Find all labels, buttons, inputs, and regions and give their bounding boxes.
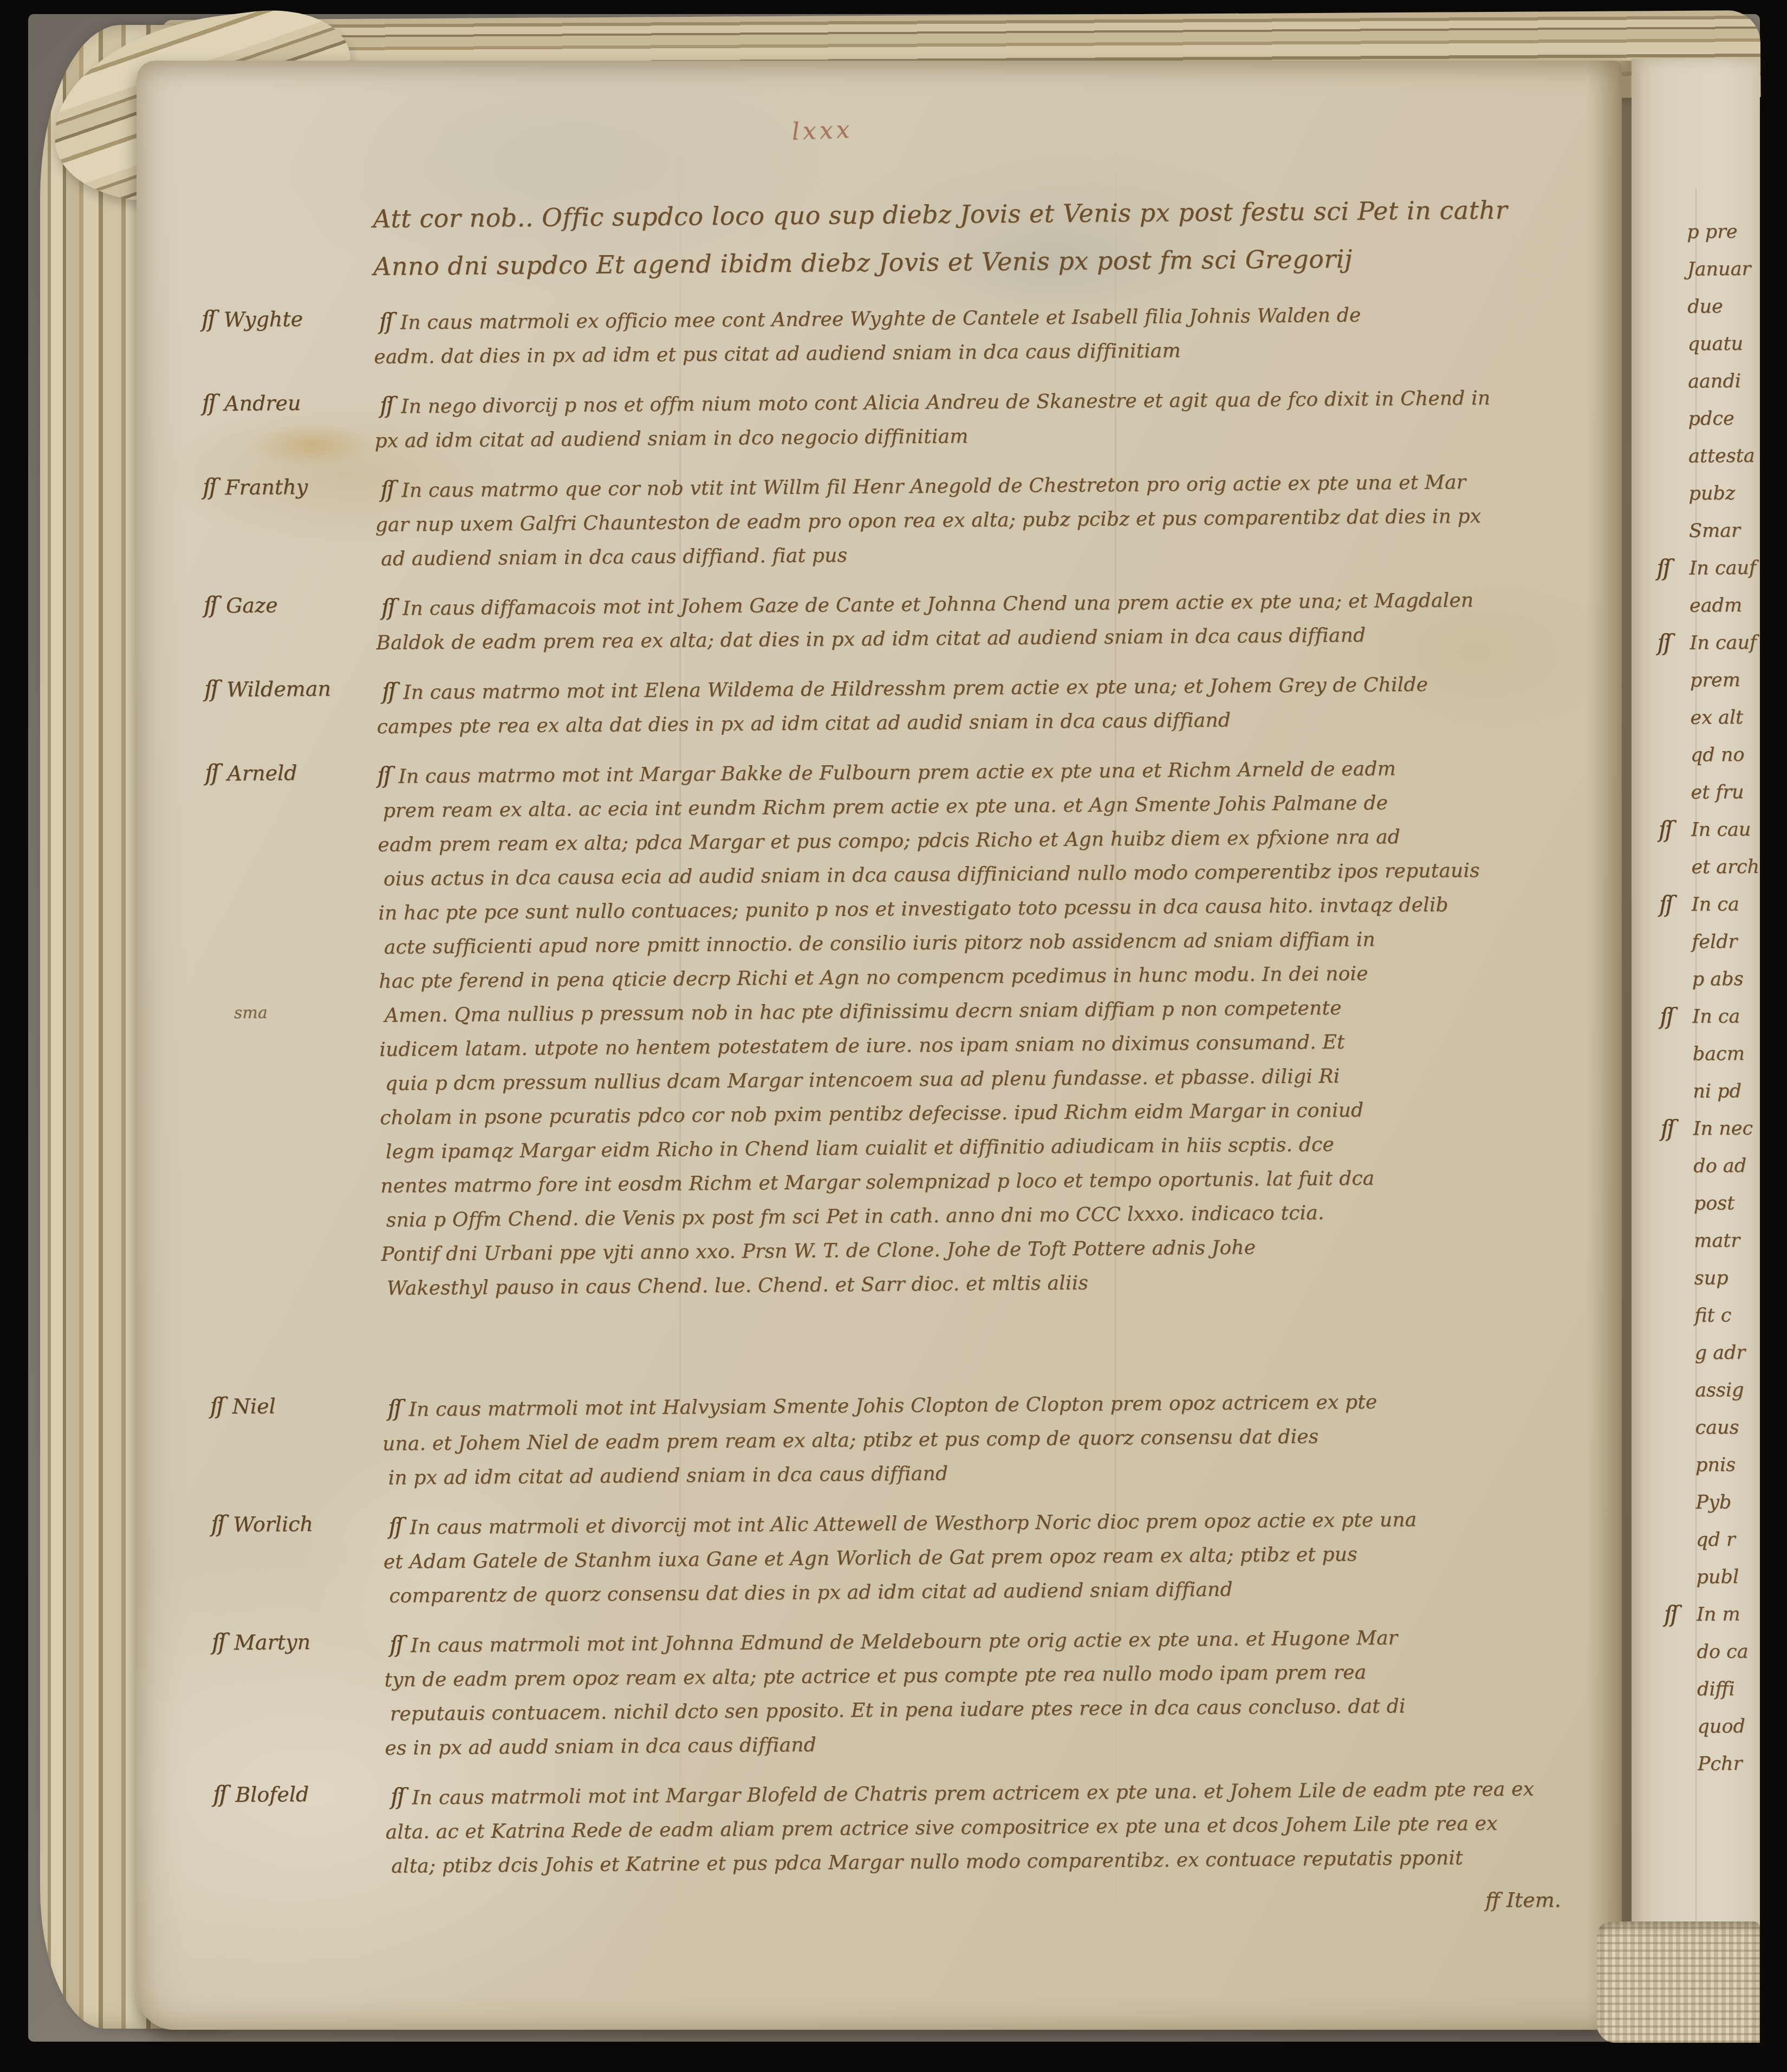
recto-text-fragment: aandi <box>1632 362 1760 401</box>
recto-text-fragment: Pyb <box>1635 1483 1760 1522</box>
paragraph-mark-icon: ſſ <box>1657 624 1670 661</box>
catchword: ff Item. <box>1485 1888 1561 1912</box>
act-entry: ſſAndreuſſIn nego divorcij p nos et offm… <box>374 379 1610 458</box>
paragraph-mark-icon: ſſ <box>380 392 392 419</box>
paragraph-mark-icon: ſſ <box>202 305 214 332</box>
margin-name-label: ſſNiel <box>210 1392 276 1419</box>
recto-text-fragment: et fru <box>1632 773 1760 812</box>
act-entry: ſſBlofeldſſIn caus matrmoli mot int Marg… <box>385 1770 1621 1884</box>
recto-text-fragment: diffi <box>1636 1670 1760 1709</box>
act-entry: ſſWyghteſſIn caus matrmoli ex officio me… <box>374 295 1609 374</box>
recto-text-fragment: ſſIn m <box>1636 1595 1760 1634</box>
margin-name-label: ſſAndreu <box>202 389 301 416</box>
recto-text-fragment: quatu <box>1632 325 1760 364</box>
paragraph-mark-icon: ſſ <box>202 389 215 416</box>
recto-text-fragment: due <box>1632 288 1760 327</box>
recto-text-fragment: eadm <box>1632 587 1760 625</box>
recto-text-fragment: ſſIn cau <box>1632 811 1760 850</box>
manuscript-photo: { "document": { "type": "medieval manusc… <box>0 0 1787 2072</box>
recto-text-column: p preJanuarduequatuaandipdceattestapubzS… <box>1632 213 1760 1784</box>
paragraph-mark-icon: ſſ <box>388 1513 401 1540</box>
paragraph-mark-icon: ſſ <box>1656 549 1669 587</box>
paragraph-mark-icon: ſſ <box>387 1395 400 1422</box>
paragraph-mark-icon: ſſ <box>381 594 394 621</box>
paragraph-mark-icon: ſſ <box>1659 811 1672 848</box>
recto-text-fragment: matr <box>1633 1222 1760 1261</box>
recto-text-fragment: sup <box>1633 1259 1760 1298</box>
recto-text-fragment: p abs <box>1632 960 1760 999</box>
heading-line: Att cor nob.. Offic supdco loco quo sup … <box>373 185 1608 243</box>
paragraph-mark-icon: ſſ <box>1660 1110 1673 1147</box>
paragraph-mark-icon: ſſ <box>210 1392 222 1419</box>
recto-text-fragment: et arch <box>1632 848 1760 887</box>
margin-name-label: ſſArneld <box>205 759 297 786</box>
act-entry: ſſGazeſſIn caus diffamacois mot int Johe… <box>376 581 1611 660</box>
recto-text-fragment: Pchr <box>1637 1745 1760 1784</box>
recto-text-fragment: quod <box>1636 1708 1760 1747</box>
recto-text-fragment: qd r <box>1635 1521 1760 1560</box>
folio-number: lxxx <box>791 116 853 146</box>
margin-name-label: ſſFranthy <box>203 473 308 500</box>
act-entry: ſſWorlichſſIn caus matrmoli et divorcij … <box>383 1500 1619 1613</box>
paragraph-mark-icon: ſſ <box>382 678 394 705</box>
recto-text-fragment: prem <box>1632 661 1760 700</box>
recto-text-fragment: Januar <box>1632 250 1760 289</box>
paragraph-mark-icon: ſſ <box>213 1781 225 1807</box>
recto-text-fragment: ſſIn cauf <box>1632 549 1760 588</box>
margin-name-label: ſſWildeman <box>204 675 331 702</box>
margin-name-label: ſſGaze <box>204 591 278 618</box>
act-entry: ſſFranthyſſIn caus matrmo que cor nob vt… <box>375 462 1610 576</box>
recto-text-fragment: bacm <box>1632 1035 1760 1074</box>
paragraph-mark-icon: ſſ <box>389 1631 402 1658</box>
recto-text-fragment: caus <box>1634 1409 1760 1448</box>
ink-stain <box>249 422 374 468</box>
margin-name-label: ſſWyghte <box>202 305 303 332</box>
recto-text-fragment: feldr <box>1632 923 1760 962</box>
paragraph-mark-icon: ſſ <box>212 1628 224 1655</box>
manuscript-page-recto-sliver: p preJanuarduequatuaandipdceattestapubzS… <box>1632 58 1760 2034</box>
linen-cloth <box>1597 1921 1760 2043</box>
paragraph-mark-icon: ſſ <box>204 675 217 702</box>
act-entry: ſſMartynſſIn caus matrmoli mot int Johnn… <box>384 1618 1620 1765</box>
main-text-column: Att cor nob.. Offic supdco loco quo sup … <box>373 185 1621 1884</box>
paragraph-mark-icon: ſſ <box>1664 1595 1677 1633</box>
paragraph-mark-icon: ſſ <box>380 476 393 503</box>
recto-text-fragment: pubz <box>1632 474 1760 513</box>
paragraph-mark-icon: ſſ <box>391 1783 403 1810</box>
act-entry: ſſArneldsmaſſIn caus matrmo mot int Marg… <box>377 748 1616 1306</box>
recto-text-fragment: p pre <box>1632 213 1760 252</box>
recto-text-fragment: ſſIn cauf <box>1632 624 1760 663</box>
paragraph-mark-icon: ſſ <box>205 759 217 786</box>
recto-text-fragment: g adr <box>1634 1334 1760 1373</box>
recto-text-fragment: ſſIn nec <box>1632 1110 1760 1149</box>
act-entry: ſſNielſſIn caus matrmoli mot int Halvysi… <box>382 1382 1617 1495</box>
recto-text-fragment: fit c <box>1634 1296 1760 1335</box>
act-entries: ſſWyghteſſIn caus matrmoli ex officio me… <box>374 295 1621 1884</box>
recto-text-fragment: attesta <box>1632 437 1760 476</box>
recto-text-fragment: Smar <box>1632 512 1760 551</box>
paragraph-mark-icon: ſſ <box>211 1510 223 1537</box>
recto-text-fragment: do ca <box>1636 1633 1760 1672</box>
recto-text-fragment: ni pd <box>1632 1072 1760 1111</box>
recto-text-fragment: ſſIn ca <box>1632 885 1760 924</box>
margin-name-label: ſſWorlich <box>211 1510 313 1537</box>
recto-text-fragment: publ <box>1635 1558 1760 1597</box>
act-entry: ſſWildemanſſIn caus matrmo mot int Elena… <box>376 664 1612 744</box>
recto-text-fragment: qd no <box>1632 736 1760 775</box>
recto-text-fragment: pnis <box>1635 1446 1760 1485</box>
recto-text-fragment: pdce <box>1632 400 1760 439</box>
margin-note: sma <box>234 1004 268 1022</box>
recto-text-fragment: assig <box>1634 1371 1760 1410</box>
margin-name-label: ſſMartyn <box>212 1628 310 1655</box>
recto-text-fragment: ſſIn ca <box>1632 998 1760 1037</box>
session-heading: Att cor nob.. Offic supdco loco quo sup … <box>373 185 1608 290</box>
heading-line: Anno dni supdco Et agend ibidm diebz Jov… <box>373 233 1609 290</box>
paragraph-mark-icon: ſſ <box>1659 885 1672 923</box>
recto-text-fragment: do ad <box>1633 1147 1760 1186</box>
paragraph-mark-icon: ſſ <box>204 591 216 618</box>
paragraph-mark-icon: ſſ <box>377 762 389 789</box>
recto-text-fragment: ex alt <box>1632 699 1760 738</box>
paragraph-mark-icon: ſſ <box>1660 998 1673 1035</box>
paragraph-mark-icon: ſſ <box>379 308 392 335</box>
recto-text-fragment: post <box>1633 1184 1760 1223</box>
paragraph-mark-icon: ſſ <box>203 473 215 500</box>
margin-name-label: ſſBlofeld <box>213 1780 309 1807</box>
